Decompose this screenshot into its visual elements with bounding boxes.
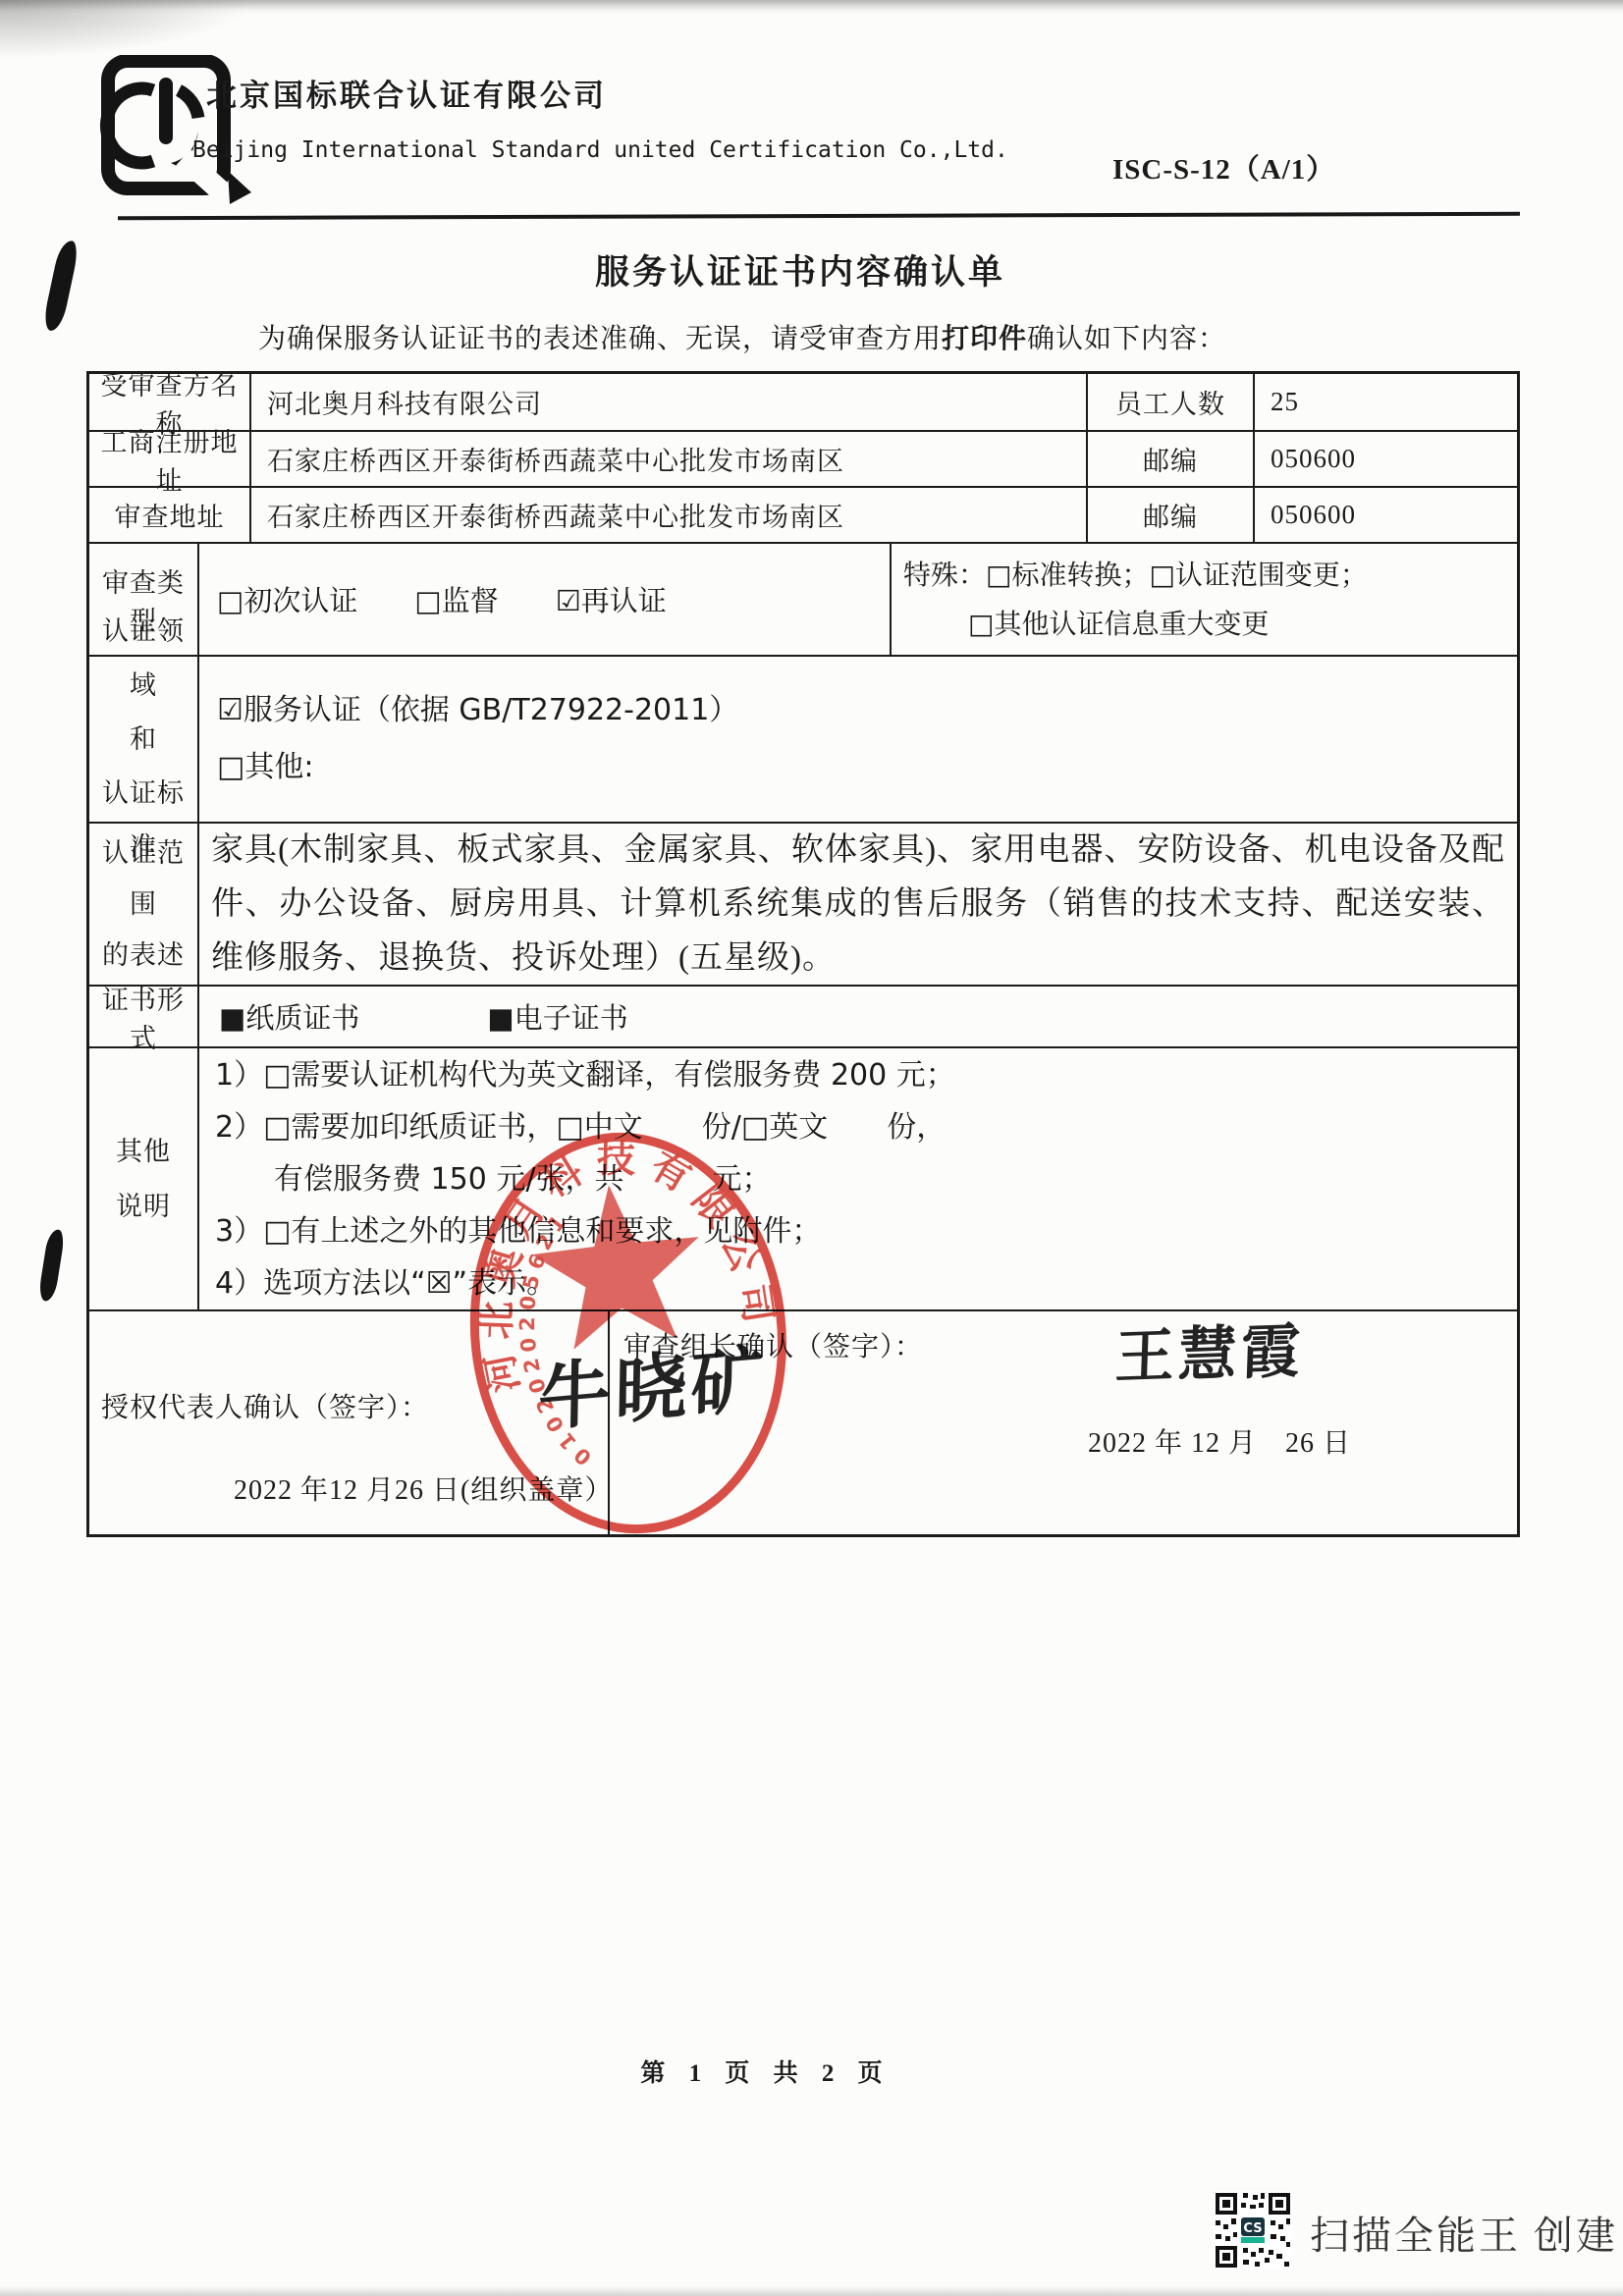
scan-app-credit: 扫描全能王 创建 — [1310, 2205, 1618, 2261]
page-number: 第 1 页 共 2 页 — [0, 2054, 1532, 2089]
page-title: 服务认证证书内容确认单 — [0, 245, 1600, 294]
intro-pre: 为确保服务认证证书的表述准确、无误，请受审查方用 — [258, 324, 942, 354]
checkbox-initial-cert: □初次认证 — [217, 579, 357, 619]
table-row-registered-address: 工商注册地址 石家庄桥西区开泰街桥西蔬菜中心批发市场南区 邮编 050600 — [89, 432, 1517, 488]
checkbox-recertification: ☑再认证 — [556, 579, 667, 619]
field-label: 审查地址 — [89, 488, 251, 544]
form-code: ISC-S-12（A/1） — [1112, 147, 1335, 187]
cert-field-options: ☑服务认证（依据 GB/T27922-2011） □其他: — [199, 657, 1517, 824]
cert-scope-cell: 家具(木制家具、板式家具、金属家具、软体家具)、家用电器、安防设备、机电设备及配… — [199, 824, 1517, 987]
checkbox-other-standard: □其他: — [217, 739, 313, 796]
field-label: 其他 说明 — [89, 1048, 199, 1311]
cert-scope-text: 家具(木制家具、板式家具、金属家具、软体家具)、家用电器、安防设备、机电设备及配… — [199, 824, 1517, 986]
table-row-audit-type: 审查类型 □初次认证 □监督 ☑再认证 特殊：□标准转换；□认证范围变更； □其… — [89, 544, 1517, 657]
audit-type-options: □初次认证 □监督 ☑再认证 — [199, 544, 892, 657]
field-label: 证书形式 — [89, 987, 199, 1048]
header-rule — [118, 212, 1520, 220]
authorized-rep-label: 授权代表人确认（签字）： — [101, 1386, 429, 1425]
table-row-auditee-name: 受审查方名称 河北奥月科技有限公司 员工人数 25 — [89, 374, 1517, 432]
org-name-cn: 北京国标联合认证有限公司 — [206, 71, 607, 115]
intro-post: 确认如下内容： — [1027, 324, 1226, 354]
scan-corner-shadow — [0, 0, 255, 59]
field-value: 石家庄桥西区开泰街桥西蔬菜中心批发市场南区 — [251, 432, 1088, 488]
field-label: 认证领域 和 认证标准 — [89, 657, 199, 824]
field-label: 工商注册地址 — [89, 432, 251, 488]
ink-mark-artifact — [37, 1228, 65, 1303]
table-row-cert-scope: 认证范围 的表述 家具(木制家具、板式家具、金属家具、软体家具)、家用电器、安防… — [89, 824, 1517, 987]
special-options-line1: 特殊：□标准转换；□认证范围变更； — [903, 551, 1368, 600]
intro-line: 为确保服务认证证书的表述准确、无误，请受审查方用打印件确认如下内容： — [258, 317, 1226, 356]
other-notes-list: 1）□需要认证机构代为英文翻译，有偿服务费 200 元； 2）□需要加印纸质证书… — [199, 1048, 1517, 1311]
qr-cs-badge-label: CS — [1243, 2221, 1262, 2236]
field-value: 050600 — [1255, 432, 1517, 488]
handwritten-signature-left: 牛晓矿 — [538, 1321, 769, 1446]
field-label: 邮编 — [1088, 488, 1255, 544]
handwritten-signature-right: 王慧霞 — [1114, 1305, 1306, 1396]
scanned-document-page: 北京国标联合认证有限公司 Beijing International Stand… — [0, 0, 1623, 2296]
qr-code-icon: CS — [1214, 2191, 1292, 2269]
field-label: 员工人数 — [1088, 374, 1255, 432]
table-row-audit-address: 审查地址 石家庄桥西区开泰街桥西蔬菜中心批发市场南区 邮编 050600 — [89, 488, 1517, 544]
special-options-line2: □其他认证信息重大变更 — [903, 600, 1269, 649]
checkbox-electronic-cert: ■电子证书 — [487, 996, 627, 1037]
special-audit-options: 特殊：□标准转换；□认证范围变更； □其他认证信息重大变更 — [892, 544, 1517, 657]
cert-form-options: ■纸质证书 ■电子证书 — [199, 987, 1517, 1048]
checkbox-paper-cert: ■纸质证书 — [219, 996, 359, 1037]
field-value: 河北奥月科技有限公司 — [251, 374, 1088, 432]
table-row-other-notes: 其他 说明 1）□需要认证机构代为英文翻译，有偿服务费 200 元； 2）□需要… — [89, 1048, 1517, 1311]
checkbox-surveillance: □监督 — [414, 579, 498, 619]
field-value: 25 — [1255, 374, 1517, 432]
field-value: 050600 — [1255, 488, 1517, 544]
table-row-cert-form: 证书形式 ■纸质证书 ■电子证书 — [89, 987, 1517, 1048]
field-label: 邮编 — [1088, 432, 1255, 488]
org-name-en: Beijing International Standard united Ce… — [192, 137, 1008, 163]
scan-bottom-shadow — [0, 2286, 1623, 2296]
note-item-1: 1）□需要认证机构代为英文翻译，有偿服务费 200 元； — [215, 1049, 955, 1101]
field-label: 认证范围 的表述 — [89, 824, 199, 987]
table-row-cert-field: 认证领域 和 认证标准 ☑服务认证（依据 GB/T27922-2011） □其他… — [89, 657, 1517, 824]
field-value: 石家庄桥西区开泰街桥西蔬菜中心批发市场南区 — [251, 488, 1088, 544]
checkbox-service-cert: ☑服务认证（依据 GB/T27922-2011） — [217, 682, 738, 739]
intro-emphasis: 打印件 — [942, 324, 1027, 354]
audit-leader-date: 2022 年 12 月 26 日 — [1088, 1421, 1351, 1461]
